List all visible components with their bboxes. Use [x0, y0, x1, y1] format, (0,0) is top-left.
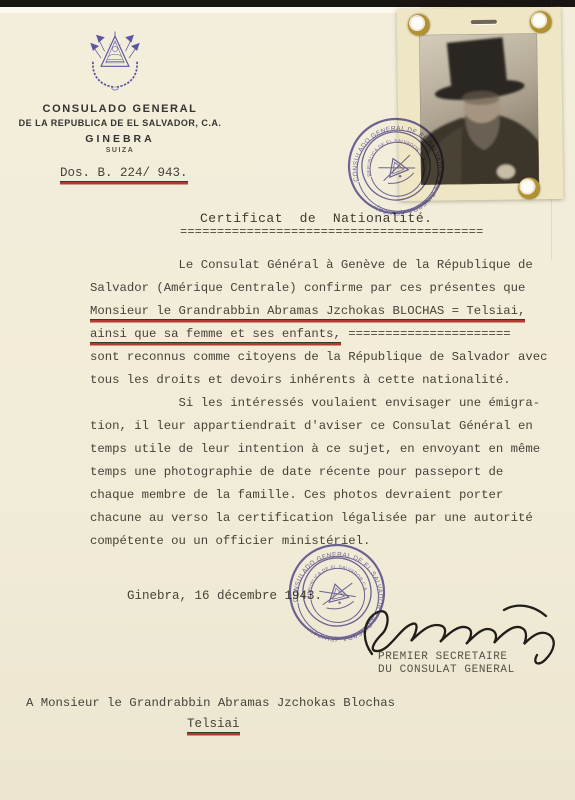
- body-line-text: tous les droits et devoirs inhérents à c…: [90, 373, 511, 387]
- body-line-text: chaque membre de la famille. Ces photos …: [90, 488, 503, 502]
- body-line-text: Le Consulat Général à Genève de la Répub…: [90, 258, 533, 272]
- body-line: Monsieur le Grandrabbin Abramas Jzchokas…: [90, 303, 525, 319]
- scan-edge: [0, 0, 575, 7]
- body-line: Salvador (Amérique Centrale) confirme pa…: [90, 280, 525, 296]
- consulate-country: SUIZA: [15, 147, 225, 154]
- body-line: Le Consulat Général à Genève de la Répub…: [90, 257, 533, 273]
- dossier-number-text: Dos. B. 224/ 943.: [60, 166, 188, 182]
- body-line: temps utile de leur intention à ce sujet…: [90, 441, 540, 457]
- recipient-address: A Monsieur le Grandrabbin Abramas Jzchok…: [26, 696, 395, 710]
- scan-sliver: [0, 7, 420, 13]
- eyelet-grommet-icon: [408, 14, 430, 36]
- signature-autograph: [356, 588, 563, 676]
- body-line: chaque membre de la famille. Ces photos …: [90, 487, 503, 503]
- body-line-text: tion, il leur appartiendrait d'aviser ce…: [90, 419, 533, 433]
- body-line: ainsi que sa femme et ses enfants, =====…: [90, 326, 511, 342]
- consulate-city: GINEBRA: [15, 133, 225, 145]
- eyelet-grommet-icon: [530, 11, 552, 33]
- body-line: Si les intéressés voulaient envisager un…: [90, 395, 540, 411]
- body-line-text: ======================: [341, 327, 511, 341]
- body-line-text: sont reconnus comme citoyens de la Répub…: [90, 350, 548, 364]
- document-page: CONSULADO GENERAL DE LA REPUBLICA DE EL …: [0, 0, 575, 800]
- body-line-text: Si les intéressés voulaient envisager un…: [90, 396, 540, 410]
- recipient-city-text: Telsiai: [187, 717, 240, 733]
- body-line: temps une photographie de date récente p…: [90, 464, 503, 480]
- body-line-text: temps une photographie de date récente p…: [90, 465, 503, 479]
- body-line-underlined: Monsieur le Grandrabbin Abramas Jzchokas…: [90, 304, 525, 320]
- body-line-underlined: ainsi que sa femme et ses enfants,: [90, 327, 341, 343]
- recipient-city: Telsiai: [187, 717, 240, 731]
- national-emblem-icon: [86, 28, 144, 100]
- body-line: tion, il leur appartiendrait d'aviser ce…: [90, 418, 533, 434]
- body-line: tous les droits et devoirs inhérents à c…: [90, 372, 511, 388]
- body-line-text: temps utile de leur intention à ce sujet…: [90, 442, 540, 456]
- staple-slot: [471, 20, 497, 24]
- body-line: sont reconnus comme citoyens de la Répub…: [90, 349, 548, 365]
- consulate-name-line1: CONSULADO GENERAL: [15, 103, 225, 115]
- body-line-text: chacune au verso la certification légali…: [90, 511, 533, 525]
- body-line: chacune au verso la certification légali…: [90, 510, 533, 526]
- dossier-number: Dos. B. 224/ 943.: [60, 166, 188, 180]
- body-line-text: Salvador (Amérique Centrale) confirme pa…: [90, 281, 525, 295]
- eyelet-grommet-icon: [518, 177, 540, 199]
- document-title-underline: ========================================…: [180, 225, 483, 239]
- consulate-name-line2: DE LA REPUBLICA DE EL SALVADOR, C.A.: [7, 118, 233, 128]
